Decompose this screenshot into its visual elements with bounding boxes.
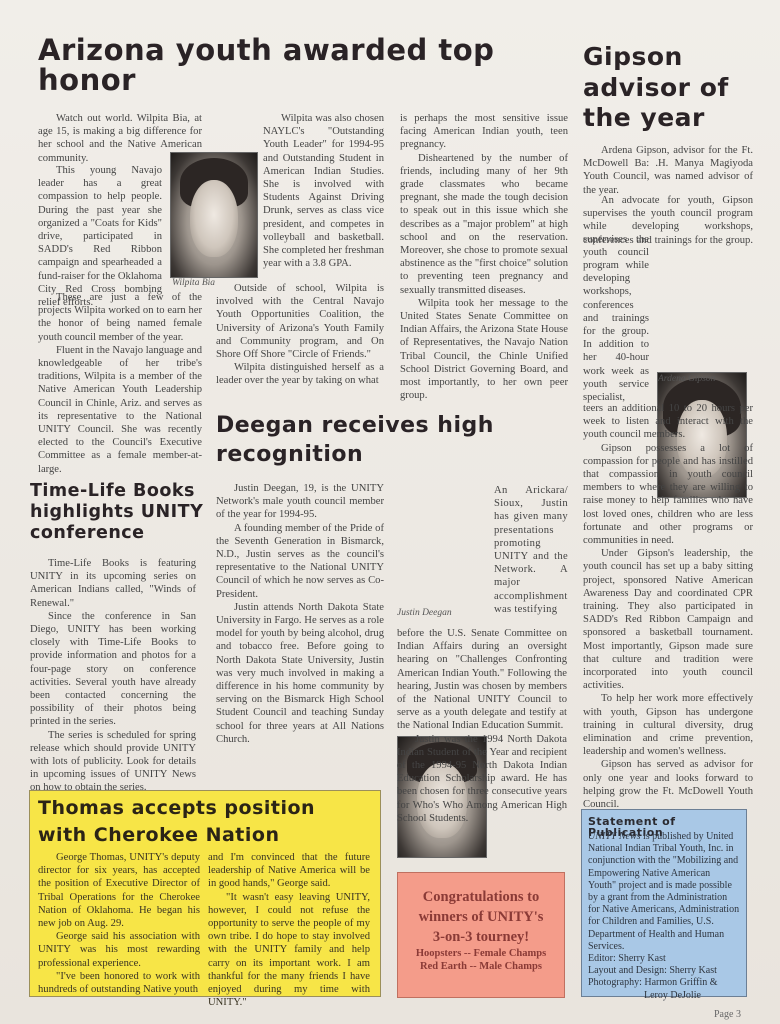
paragraph: Under Gipson's leadership, the youth cou…	[583, 547, 753, 692]
paragraph: George said his association with UNITY w…	[38, 930, 200, 970]
paragraph: before the U.S. Senate Committee on Indi…	[397, 627, 567, 733]
paragraph: Justin Deegan, 19, is the UNITY Network'…	[216, 482, 384, 522]
gipson-lower: teers an additional 10 to 20 hours per w…	[583, 402, 753, 811]
paragraph: Wilpita distinguished herself as a leade…	[216, 361, 384, 387]
timelife-headline: Time-Life Books highlights UNITY confere…	[30, 481, 208, 544]
arizona-col3: is perhaps the most sensitive issue faci…	[400, 112, 568, 402]
paragraph: This young Navajo leader has a great com…	[38, 164, 162, 309]
tourney-box: Congratulations to winners of UNITY's 3-…	[397, 872, 565, 998]
paragraph: Gipson has served as advisor for only on…	[583, 758, 753, 811]
tourney-female-champs: Hoopsters -- Female Champs	[398, 947, 564, 960]
photography-credit-2: Leroy DeJolie	[588, 990, 740, 1002]
paragraph: Wilpita took her message to the United S…	[400, 297, 568, 403]
paragraph: "It wasn't easy leaving UNITY, however, …	[208, 891, 370, 1010]
paragraph: "I've been honored to work with hundreds…	[38, 970, 200, 996]
newsletter-page: Arizona youth awarded top honor Watch ou…	[0, 0, 780, 1024]
paragraph: Wilpita was also chosen NAYLC's "Outstan…	[263, 112, 384, 270]
paragraph: Justin was the 1994 North Dakota Indian …	[397, 733, 567, 825]
photo-caption: Ardena Gipson	[658, 374, 715, 384]
statement-text: is published by United National Indian T…	[588, 831, 739, 952]
deegan-col2: before the U.S. Senate Committee on Indi…	[397, 627, 567, 825]
paragraph: George Thomas, UNITY's deputy director f…	[38, 851, 200, 930]
paragraph: teers an additional 10 to 20 hours per w…	[583, 402, 753, 442]
paragraph: To help her work more effectively with y…	[583, 692, 753, 758]
paragraph: Ardena Gipson, advisor for the Ft. McDow…	[583, 144, 753, 197]
tourney-line: winners of UNITY's	[398, 907, 564, 927]
deegan-side-text: An Arickara/ Sioux, Justin has given man…	[494, 484, 568, 616]
gipson-headline: Gipson advisor of the year	[583, 42, 753, 134]
deegan-headline: Deegan receives high recognition	[216, 412, 516, 469]
tourney-line: 3-on-3 tourney!	[398, 927, 564, 947]
page-number: Page 3	[714, 1009, 741, 1020]
statement-body: UNITY News is published by United Nation…	[588, 831, 740, 1002]
thomas-col2: and I'm convinced that the future leader…	[208, 851, 370, 1009]
gipson-wrap: An advocate for youth, Gipson supervises…	[583, 232, 649, 404]
paragraph: The series is scheduled for spring relea…	[30, 729, 196, 795]
paragraph: A founding member of the Pride of the Se…	[216, 522, 384, 601]
paragraph: Time-Life Books is featuring UNITY in it…	[30, 557, 196, 610]
paragraph: These are just a few of the projects Wil…	[38, 291, 202, 344]
photo-caption: Wilpita Bia	[172, 278, 215, 288]
paragraph: Since the conference in San Diego, UNITY…	[30, 610, 196, 729]
timelife-body: Time-Life Books is featuring UNITY in it…	[30, 557, 196, 795]
wilpita-bia-photo	[170, 152, 258, 278]
paragraph: Outside of school, Wilpita is involved w…	[216, 282, 384, 361]
thomas-headline: Thomas accepts position with Cherokee Na…	[38, 795, 368, 848]
publication-name: UNITY News	[588, 831, 641, 842]
thomas-col1: George Thomas, UNITY's deputy director f…	[38, 851, 200, 996]
deegan-col1: Justin Deegan, 19, is the UNITY Network'…	[216, 482, 384, 746]
arizona-col2: Wilpita was also chosen NAYLC's "Outstan…	[263, 112, 384, 282]
tourney-male-champs: Red Earth -- Male Champs	[398, 960, 564, 973]
paragraph: and I'm convinced that the future leader…	[208, 851, 370, 891]
tourney-line: Congratulations to	[398, 887, 564, 907]
paragraph: An advocate for youth, Gipson supervises…	[583, 232, 649, 404]
layout-credit: Layout and Design: Sherry Kast	[588, 965, 740, 977]
arizona-col1-wrap: This young Navajo leader has a great com…	[38, 164, 162, 309]
arizona-headline: Arizona youth awarded top honor	[38, 36, 558, 95]
paragraph: Justin attends North Dakota State Univer…	[216, 601, 384, 746]
editor-credit: Editor: Sherry Kast	[588, 953, 740, 965]
statement-of-publication-box: Statement of Publication UNITY News is p…	[581, 809, 747, 997]
photo-caption: Justin Deegan	[397, 608, 452, 618]
photography-credit: Photography: Harmon Griffin &	[588, 977, 740, 989]
thomas-article-box: Thomas accepts position with Cherokee Na…	[29, 790, 381, 997]
paragraph: Fluent in the Navajo language and knowle…	[38, 344, 202, 476]
arizona-col1-lower: These are just a few of the projects Wil…	[38, 291, 202, 476]
arizona-col2-lower: Outside of school, Wilpita is involved w…	[216, 282, 384, 388]
paragraph: Gipson possesses a lot of compassion for…	[583, 442, 753, 548]
paragraph: is perhaps the most sensitive issue faci…	[400, 112, 568, 152]
gipson-top: Ardena Gipson, advisor for the Ft. McDow…	[583, 144, 753, 197]
paragraph: Disheartened by the number of friends, i…	[400, 152, 568, 297]
